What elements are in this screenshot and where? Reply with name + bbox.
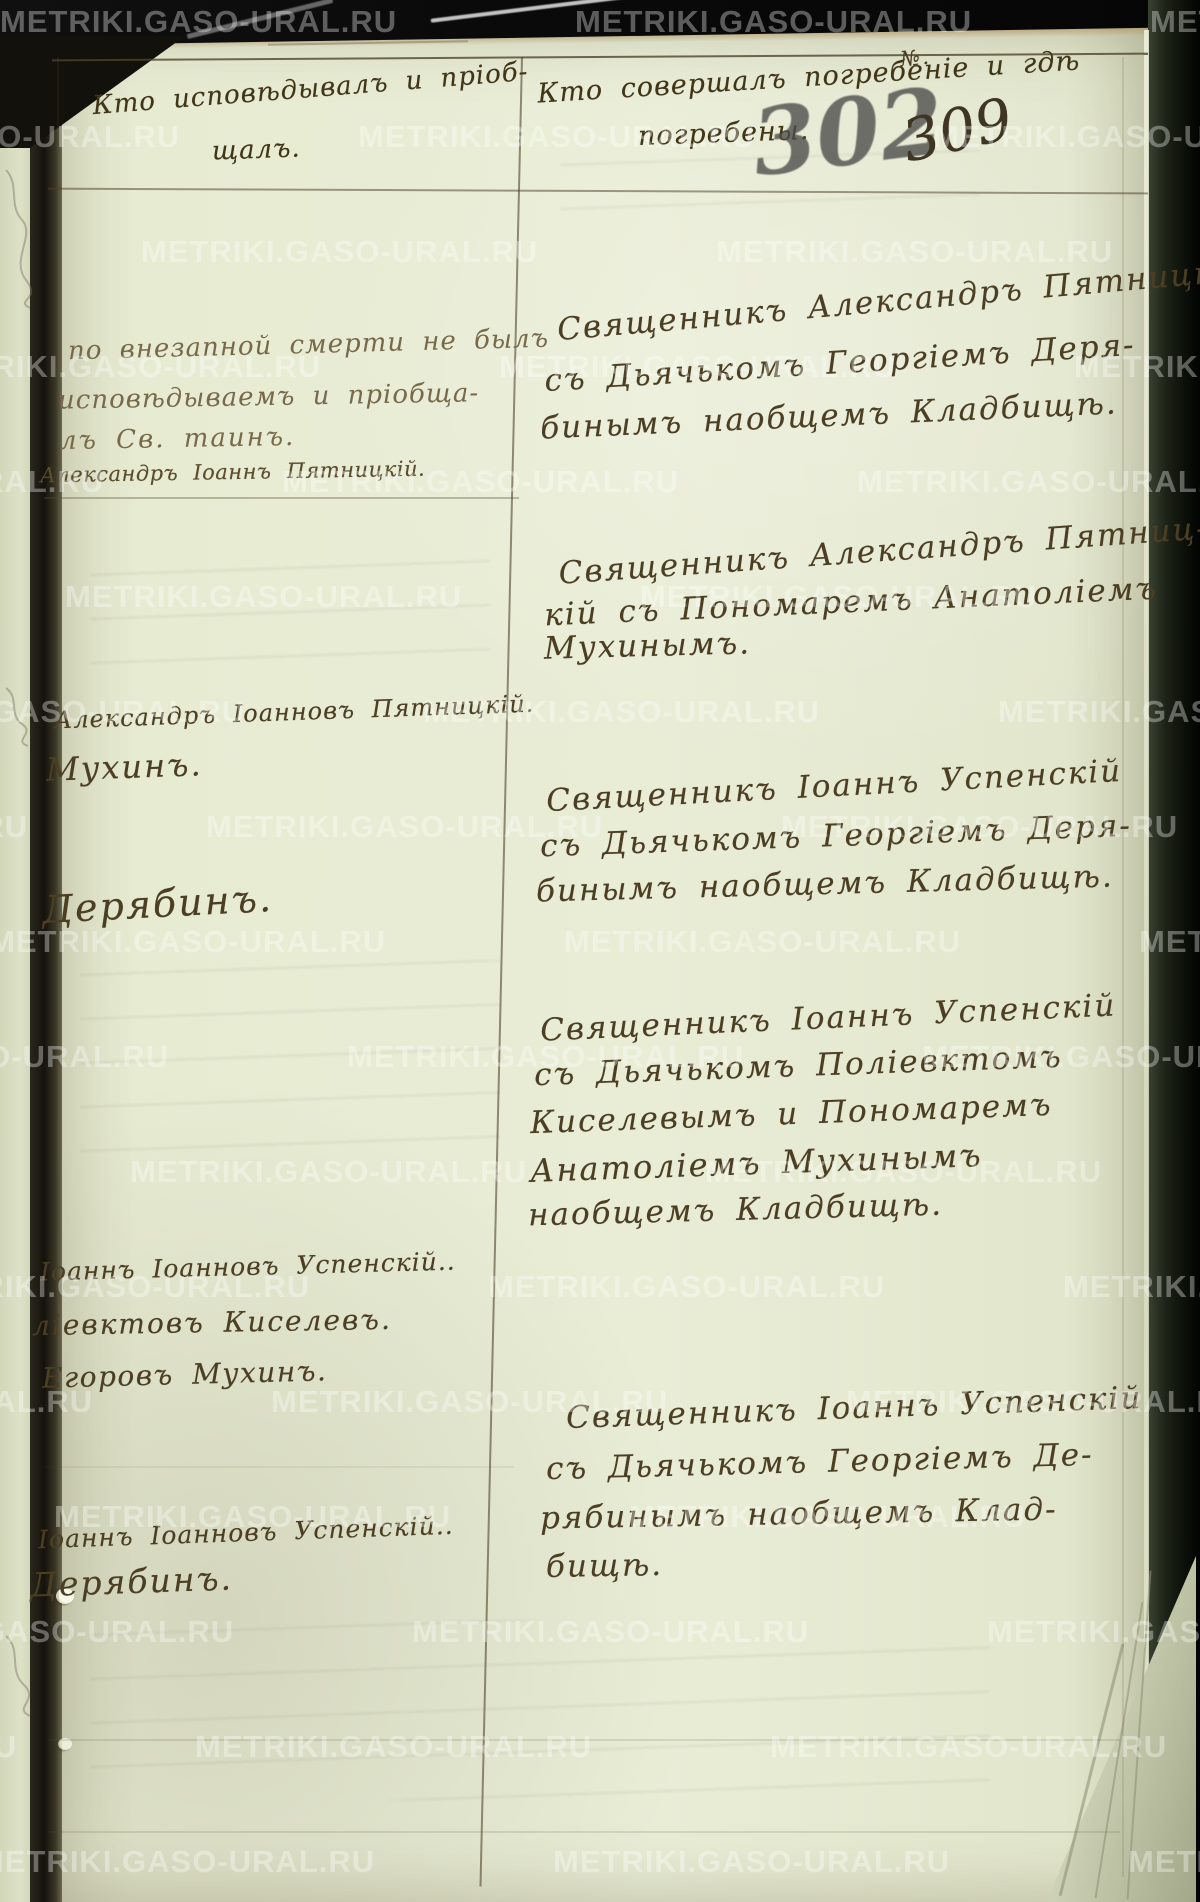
- burial-register-scan: Кто исповѣдывалъ и пріоб- щалъ. Кто сове…: [0, 0, 1200, 1902]
- left-entry1-line3: лъ Св. таинъ.: [60, 422, 296, 456]
- ink-bleedthrough: [80, 960, 500, 1180]
- row-rule: [48, 1739, 1120, 1741]
- row-rule: [44, 497, 519, 499]
- left-entry2-line2: Мухинъ.: [45, 745, 203, 788]
- ink-bleedthrough: [90, 1620, 990, 1800]
- left-entry5-line2: Дерябинъ.: [29, 1558, 233, 1604]
- pencil-scribble: [2, 680, 38, 750]
- pencil-scribble: [0, 1630, 40, 1720]
- left-column-header-line2: щалъ.: [212, 133, 302, 166]
- row-rule: [48, 1831, 1120, 1833]
- right-entry2-line3: Мухинымъ.: [544, 625, 752, 666]
- left-entry4-line2: ліевктовъ Киселевъ.: [32, 1303, 392, 1342]
- right-entry5-line4: бищѣ.: [546, 1547, 664, 1585]
- left-margin-line: [57, 57, 59, 1877]
- ink-bleedthrough: [90, 560, 490, 690]
- pencil-scribble: [0, 160, 48, 310]
- row-rule: [44, 1466, 514, 1468]
